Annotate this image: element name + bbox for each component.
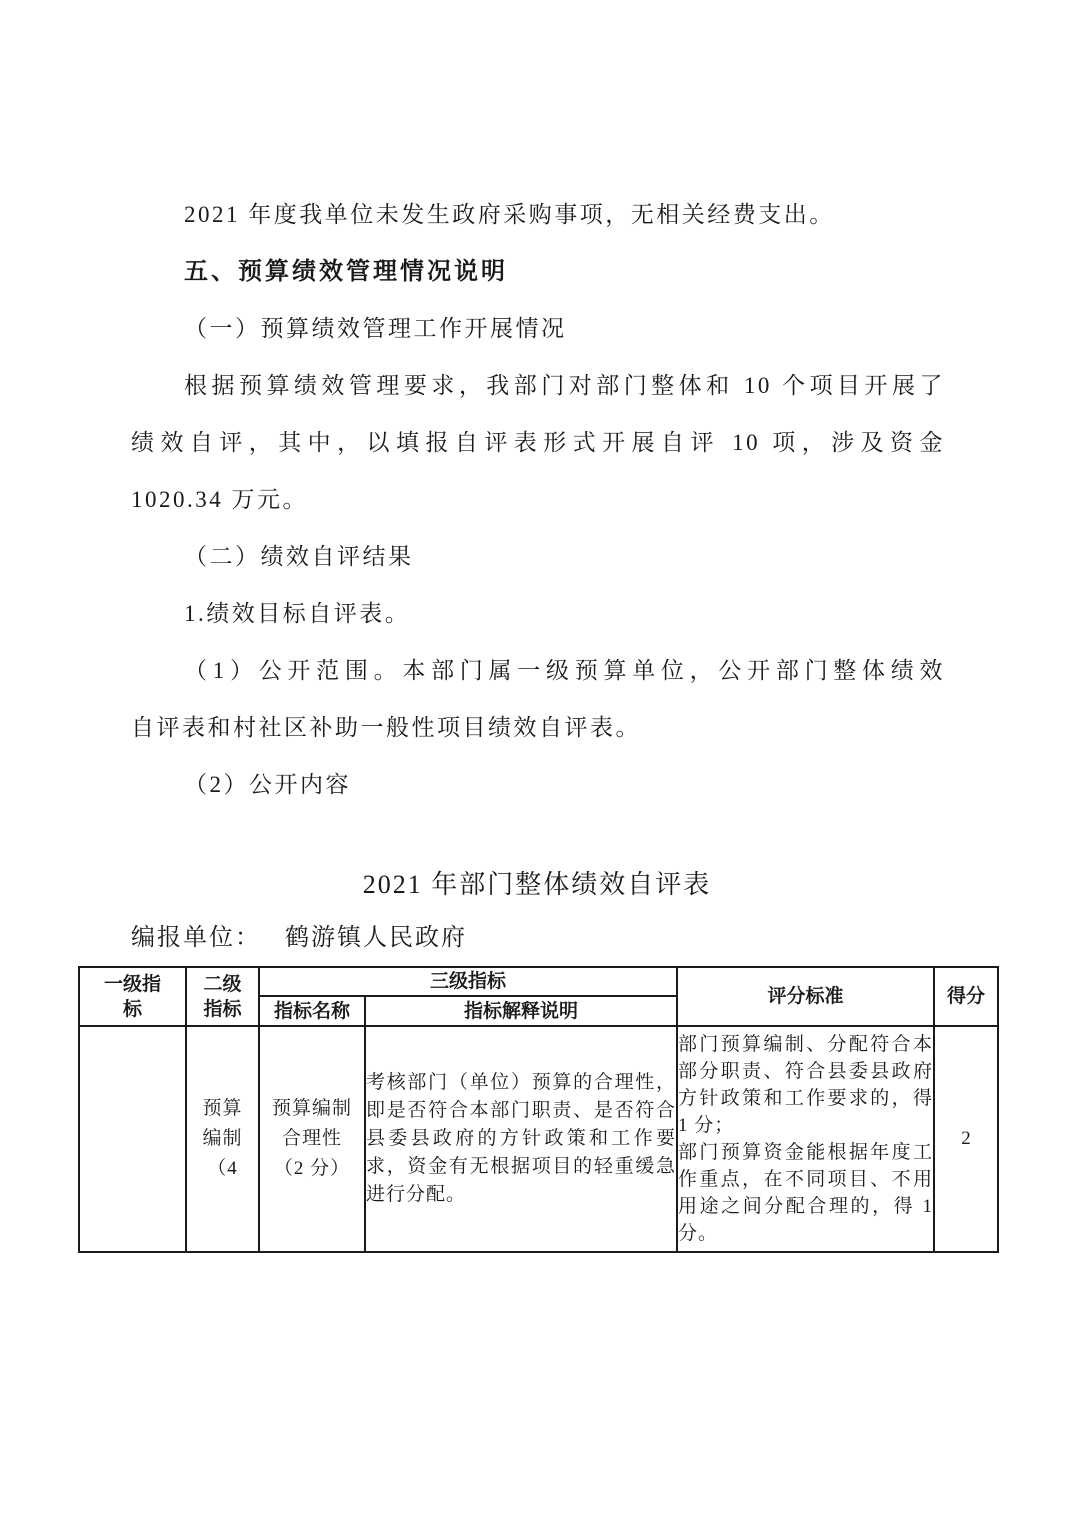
paragraph-item-1: 1.绩效目标自评表。 bbox=[131, 585, 945, 642]
paragraph-overview-line-1: 根据预算绩效管理要求，我部门对部门整体和 10 个项目开展了 bbox=[131, 357, 945, 414]
section-heading-5: 五、预算绩效管理情况说明 bbox=[131, 243, 945, 300]
eval-table-title: 2021 年部门整体绩效自评表 bbox=[0, 859, 1074, 911]
cell-level2-indicator: 预算 编制 （4 bbox=[186, 1026, 259, 1252]
cell-indicator-name: 预算编制 合理性 （2 分） bbox=[259, 1026, 365, 1252]
paragraph-content-item: （2）公开内容 bbox=[131, 756, 945, 813]
cell-level1-indicator bbox=[79, 1026, 186, 1252]
header-indicator-explanation: 指标解释说明 bbox=[365, 996, 677, 1026]
reporting-unit-label: 编报单位： bbox=[131, 925, 261, 951]
document-content: 2021 年度我单位未发生政府采购事项，无相关经费支出。 五、预算绩效管理情况说… bbox=[0, 0, 1074, 1253]
paragraph-overview-line-3: 1020.34 万元。 bbox=[131, 471, 945, 528]
header-score: 得分 bbox=[934, 967, 998, 1026]
table-row: 预算 编制 （4 预算编制 合理性 （2 分） 考核部门（单位）预算的合理性，即… bbox=[79, 1026, 998, 1252]
sub-heading-1: （一）预算绩效管理工作开展情况 bbox=[131, 300, 945, 357]
cell-indicator-explanation: 考核部门（单位）预算的合理性，即是否符合本部门职责、是否符合县委县政府的方针政策… bbox=[365, 1026, 677, 1252]
paragraph-overview-line-2: 绩效自评，其中，以填报自评表形式开展自评 10 项，涉及资金 bbox=[131, 414, 945, 471]
paragraph-procurement-note: 2021 年度我单位未发生政府采购事项，无相关经费支出。 bbox=[131, 186, 945, 243]
header-level2-indicator: 二级 指标 bbox=[186, 967, 259, 1026]
cell-score: 2 bbox=[934, 1026, 998, 1252]
paragraph-scope-line-2: 自评表和村社区补助一般性项目绩效自评表。 bbox=[131, 699, 945, 756]
performance-self-eval-table: 一级指 标 二级 指标 三级指标 评分标准 得分 指标名称 指标解释说明 预算 … bbox=[78, 966, 999, 1253]
reporting-unit-value: 鹤游镇人民政府 bbox=[285, 925, 467, 951]
header-indicator-name: 指标名称 bbox=[259, 996, 365, 1026]
header-level3-indicator: 三级指标 bbox=[259, 967, 677, 996]
document-page: 2021 年度我单位未发生政府采购事项，无相关经费支出。 五、预算绩效管理情况说… bbox=[0, 0, 1074, 1520]
header-scoring-standard: 评分标准 bbox=[677, 967, 934, 1026]
sub-heading-2: （二）绩效自评结果 bbox=[131, 528, 945, 585]
header-level1-indicator: 一级指 标 bbox=[79, 967, 186, 1026]
reporting-unit-line: 编报单位： 鹤游镇人民政府 bbox=[131, 911, 1074, 966]
cell-scoring-standard: 部门预算编制、分配符合本部分职责、符合县委县政府方针政策和工作要求的，得 1 分… bbox=[677, 1026, 934, 1252]
paragraph-scope-line-1: （1）公开范围。本部门属一级预算单位，公开部门整体绩效 bbox=[131, 642, 945, 699]
